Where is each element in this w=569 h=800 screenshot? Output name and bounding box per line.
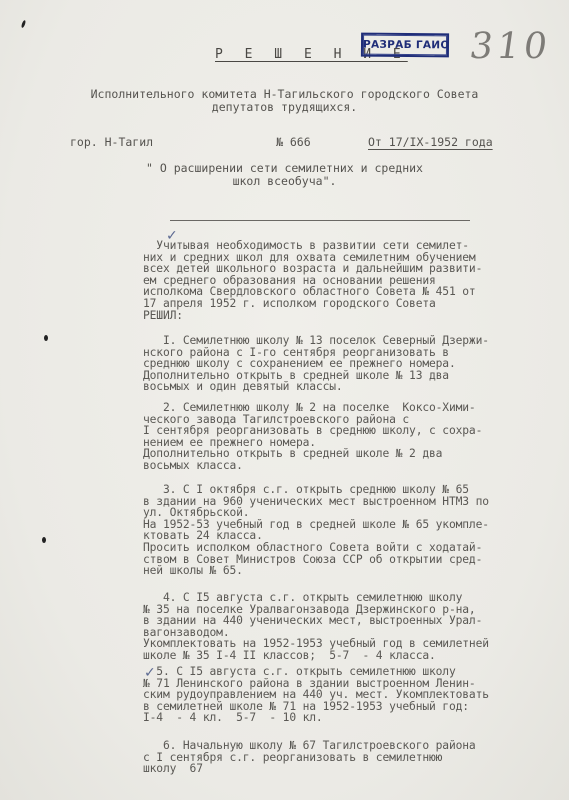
item-3: 3. С I октября с.г. открыть среднюю школ… (143, 484, 563, 577)
subject-line-2: школ всеобуча". (0, 175, 569, 188)
item-2-line: восьмых класса. (143, 460, 563, 472)
ink-speck (21, 20, 27, 29)
preamble-line: 17 апреля 1952 г. исполком городского Со… (143, 298, 563, 310)
item-3-line: 3. С I октября с.г. открыть среднюю школ… (143, 484, 563, 496)
item-6-line: с I сентября с.г. реорганизовать в семил… (143, 752, 563, 764)
item-3-line: Просить исполком областного Совета войти… (143, 542, 563, 554)
preamble-line: РЕШИЛ: (143, 310, 563, 322)
item-2: 2. Семилетнюю школу № 2 на поселке Коксо… (143, 402, 563, 472)
item-6: 6. Начальную школу № 67 Тагилстроевского… (143, 740, 563, 775)
item-5: 5. С I5 августа с.г. открыть семилетнюю … (143, 666, 563, 724)
item-1: I. Семилетнюю школу № 13 поселок Северны… (143, 335, 563, 393)
item-2-line: 2. Семилетнюю школу № 2 на поселке Коксо… (143, 402, 563, 414)
item-1-line: восьмых и один девятый классы. (143, 381, 563, 393)
item-1-line: I. Семилетнюю школу № 13 поселок Северны… (143, 335, 563, 347)
preamble-line: Учитывая необходимость в развитии сети с… (143, 240, 563, 252)
item-4-line: школе № 35 I-4 II классов; 5-7 - 4 класс… (143, 650, 563, 662)
archive-stamp: РАЗРАБ ГАИО (361, 33, 449, 58)
sheet-number: 310 (467, 26, 553, 67)
preamble: Учитывая необходимость в развитии сети с… (143, 240, 563, 321)
item-3-line: ней школы № 65. (143, 565, 563, 577)
item-6-line: 6. Начальную школу № 67 Тагилстроевского… (143, 740, 563, 752)
item-5-line: 5. С I5 августа с.г. открыть семилетнюю … (143, 666, 563, 678)
decision-date: От 17/IX-1952 года (368, 135, 493, 149)
item-4-line: 4. С I5 августа с.г. открыть семилетнюю … (143, 592, 563, 604)
ink-speck (42, 537, 46, 543)
place: гор. Н-Тагил (70, 135, 153, 149)
item-6-line: школу 67 (143, 763, 563, 775)
item-5-line: I-4 - 4 кл. 5-7 - 10 кл. (143, 712, 563, 724)
decision-number: № 666 (276, 135, 311, 149)
item-4: 4. С I5 августа с.г. открыть семилетнюю … (143, 592, 563, 662)
document-page: Р Е Ш Е Н И Е РАЗРАБ ГАИО 310 Исполнител… (0, 0, 569, 800)
issuer-line-2: депутатов трудящихся. (0, 101, 569, 114)
ink-speck (44, 335, 48, 341)
divider-rule (170, 220, 470, 221)
